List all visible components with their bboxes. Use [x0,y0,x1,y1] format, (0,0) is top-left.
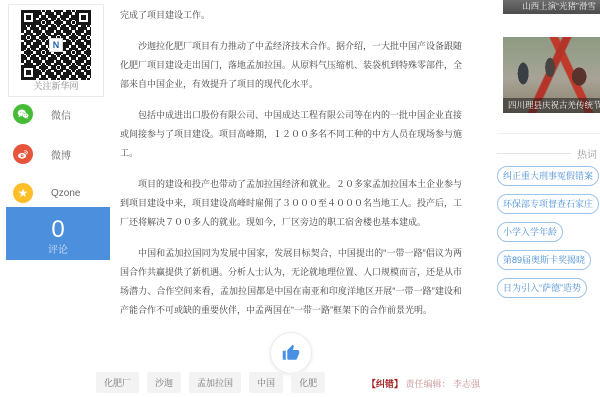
article-paragraph: 中国和孟加拉国同为发展中国家，发展目标契合，中国提出的“一带一路”倡议为两国合作… [120,244,462,320]
correction-link[interactable]: 【纠错】 [367,379,403,389]
comment-label: 评论 [6,245,110,257]
share-weibo-button[interactable]: 微博 [13,143,105,165]
star-icon: ★ [13,183,33,203]
tag-link[interactable]: 化肥厂 [96,372,139,393]
xinhua-logo: N [49,38,63,52]
like-area [120,332,462,374]
photo-link-sichuan[interactable]: 四川理县庆祝古羌传统节日 [503,37,600,113]
editor-row: 【纠错】 责任编辑： 李志强 [367,377,480,390]
qr-code: N [21,10,91,80]
divider-line [497,153,571,154]
photo-caption: 山西上演“光猪”滑雪 [503,0,600,14]
editor-name: 李志强 [453,379,480,389]
hot-words-header: 热词 [497,146,597,161]
comment-count-button[interactable]: 0 评论 [6,207,110,260]
hot-word-link[interactable]: 小学入学年龄 [497,222,563,242]
editor-label: 责任编辑： [405,379,450,389]
thumbs-up-icon [282,344,300,362]
article-paragraph: 沙迦拉化肥厂项目有力推动了中孟经济技术合作。据介绍，一大批中国产设备跟随化肥厂项… [120,37,462,94]
tag-link[interactable]: 沙迦 [147,372,181,393]
qr-finder-icon [76,10,91,25]
article-paragraph: 包括中成进出口股份有限公司、中国成达工程有限公司等在内的一批中国企业直接或间接参… [120,106,462,163]
qr-caption: 关注新华网 [9,79,103,92]
sidebar-divider [497,133,600,134]
share-label: 微信 [51,107,71,122]
hot-word-link[interactable]: 第89届奥斯卡奖揭晓 [497,250,591,270]
weibo-icon [13,144,33,164]
share-qzone-button[interactable]: ★ Qzone [13,182,105,204]
hot-word-link[interactable]: 环保部专项督查石家庄 [497,194,599,214]
qr-finder-icon [21,10,36,25]
share-wechat-button[interactable]: 微信 [13,103,105,125]
like-button[interactable] [270,332,312,374]
article-paragraph: 完成了项目建设工作。 [120,6,462,25]
hot-word-link[interactable]: 日为引入“萨德”造势 [497,278,587,298]
tags-row: 化肥厂 沙迦 孟加拉国 中国 化肥 [96,372,325,393]
hot-words-title: 热词 [577,146,597,161]
photo-caption: 四川理县庆祝古羌传统节日 [503,98,600,113]
news-article-page: N 关注新华网 微信 [0,0,600,397]
article-paragraph: 项目的建设和投产也带动了孟加拉国经济和就业。２０多家孟加拉国本土企业参与到项目建… [120,175,462,232]
star-glyph: ★ [18,187,29,199]
share-label: 微博 [51,147,71,162]
tag-link[interactable]: 孟加拉国 [189,372,241,393]
hot-words-list: 纠正重大刑事冤假错案 环保部专项督查石家庄 小学入学年龄 第89届奥斯卡奖揭晓 … [497,166,600,298]
share-label: Qzone [51,188,80,199]
qr-finder-icon [21,65,36,80]
hot-word-link[interactable]: 纠正重大刑事冤假错案 [497,166,599,186]
tag-link[interactable]: 中国 [249,372,283,393]
comment-count: 0 [6,215,110,245]
wechat-icon [13,104,33,124]
qr-widget: N 关注新华网 [8,4,104,97]
tag-link[interactable]: 化肥 [291,372,325,393]
article-body: 完成了项目建设工作。 沙迦拉化肥厂项目有力推动了中孟经济技术合作。据介绍，一大批… [120,0,462,374]
photo-link-shanxi[interactable]: 山西上演“光猪”滑雪 [503,0,600,14]
